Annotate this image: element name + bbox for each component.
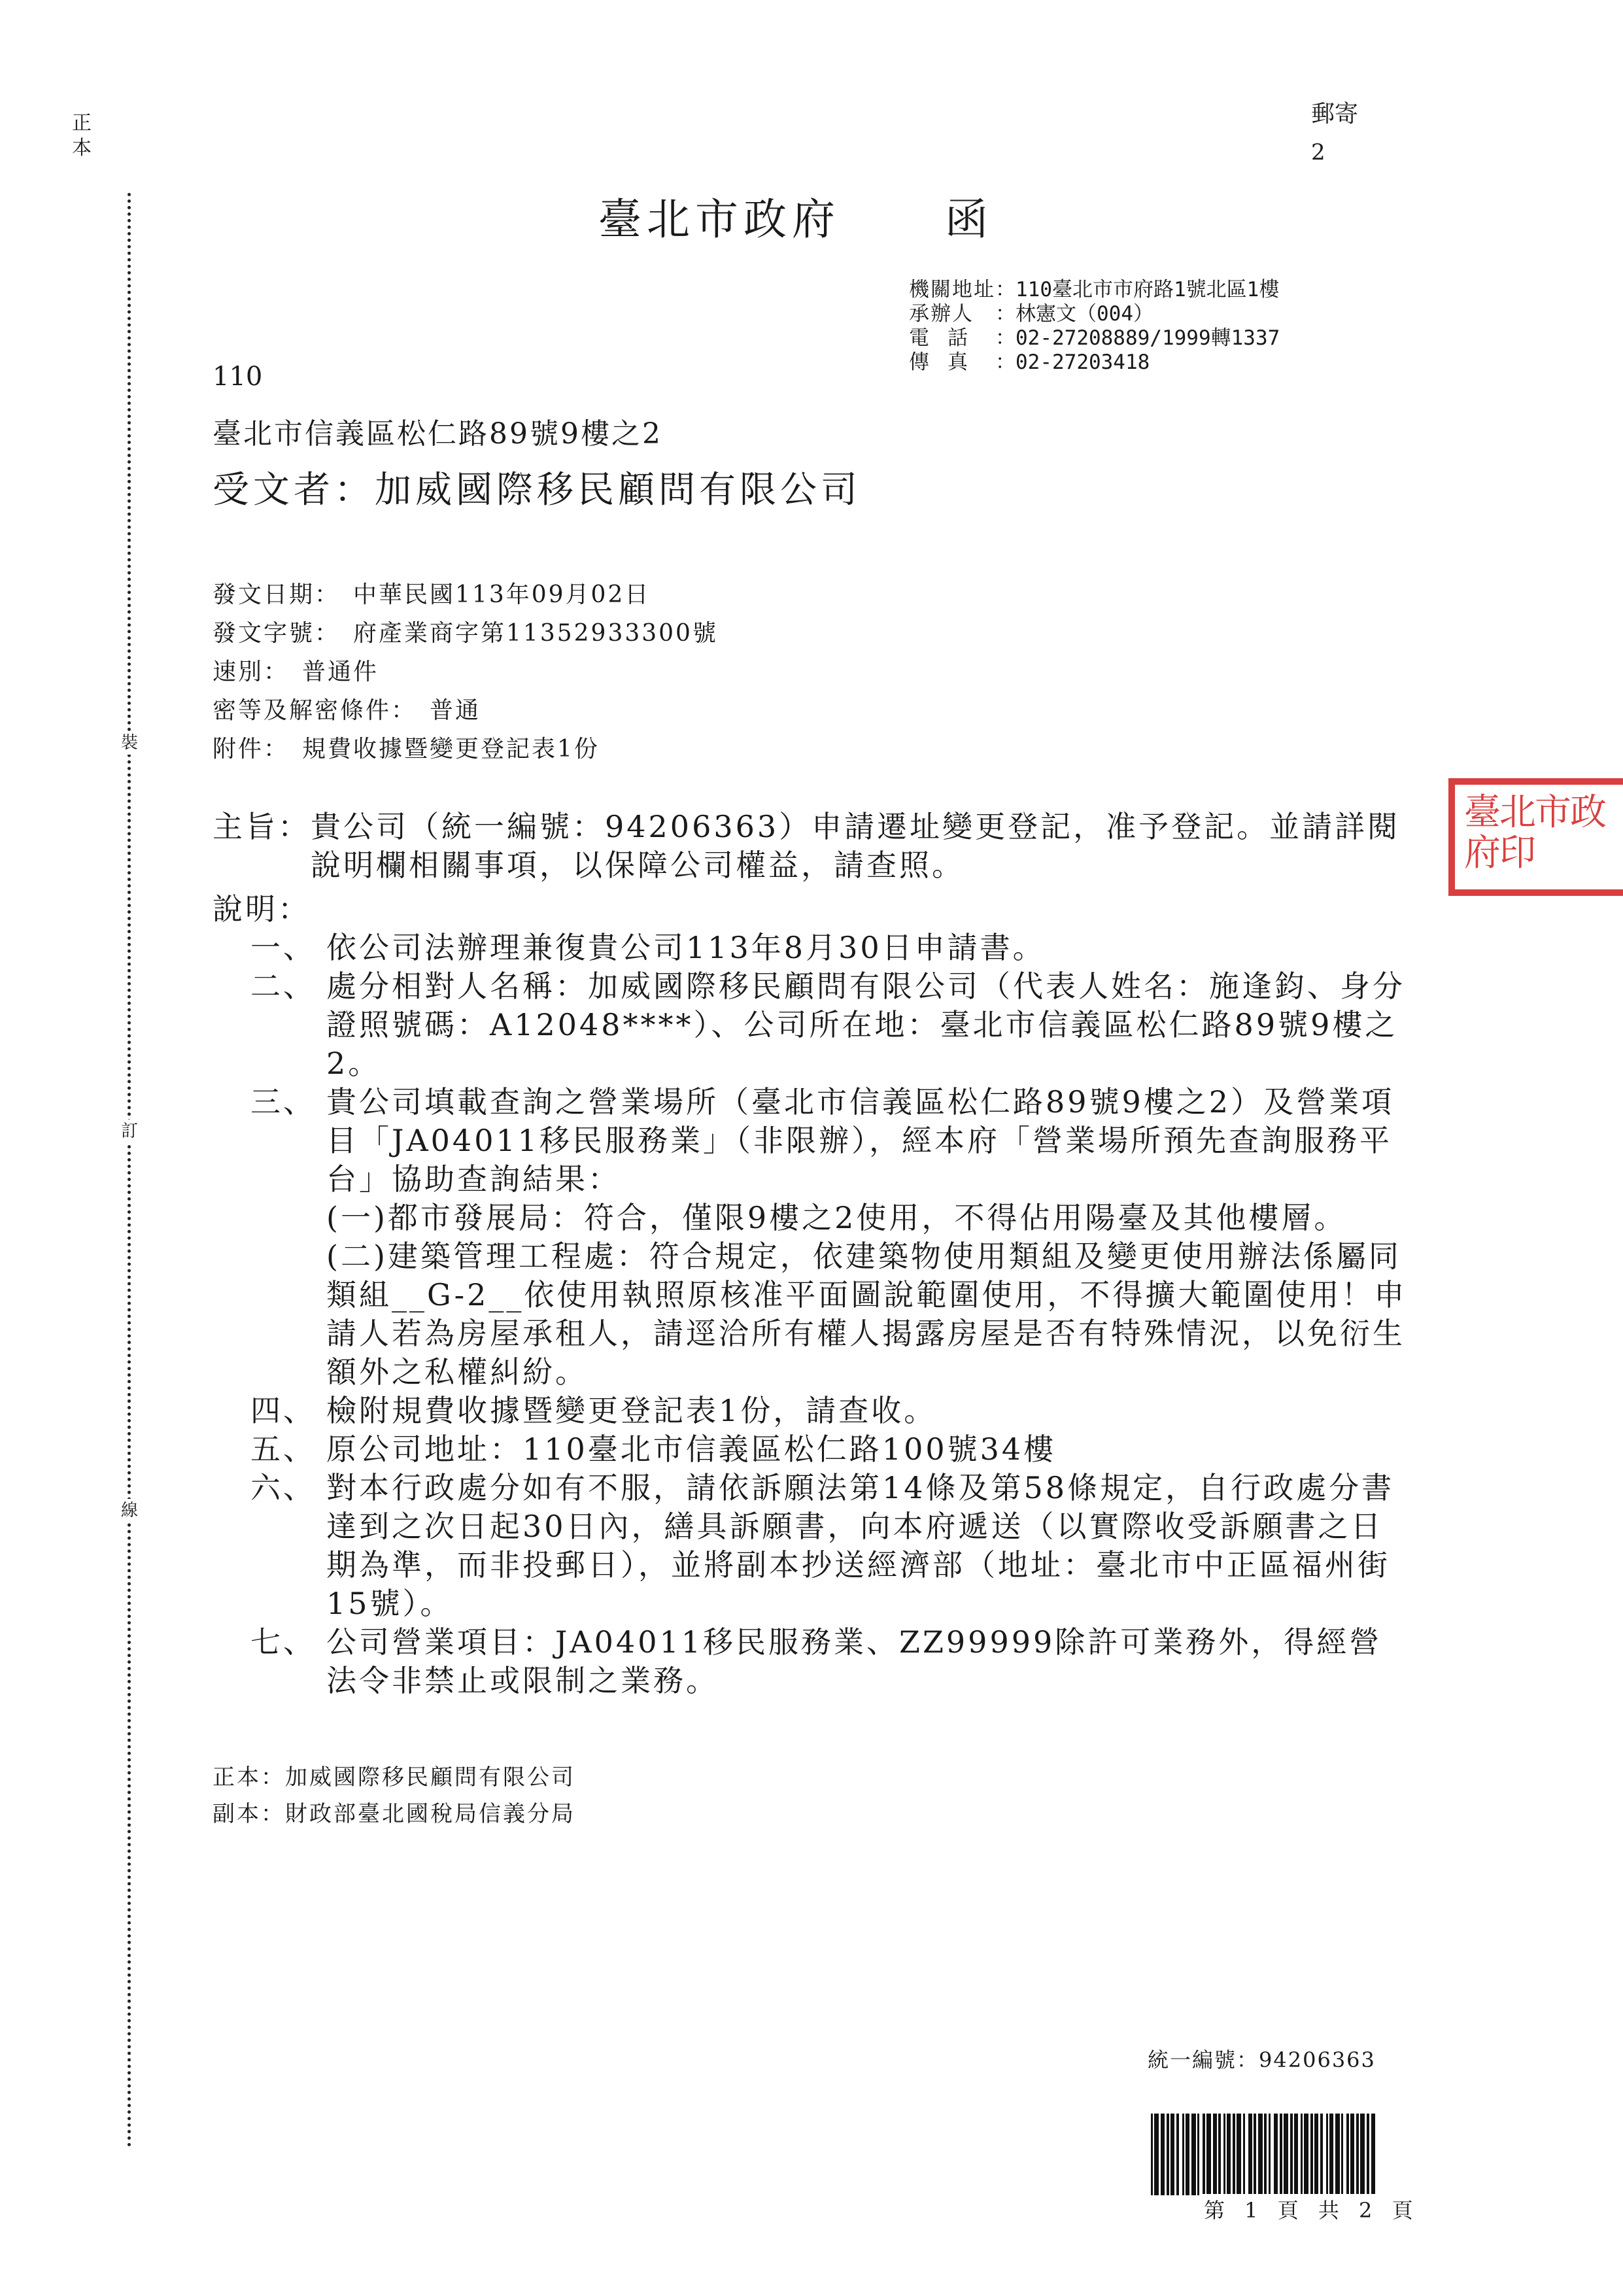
subject: 主旨： 貴公司（統一編號：94206363）申請遷址變更登記，准予登記。並請詳閱…: [213, 808, 1409, 885]
item-number: 三、: [250, 1083, 326, 1392]
item-number: 二、: [250, 967, 326, 1083]
subject-label: 主旨：: [213, 808, 311, 885]
item-text: 依公司法辦理兼復貴公司113年8月30日申請書。: [326, 929, 1409, 967]
phone-number: 02-27208889/1999轉1337: [1016, 326, 1280, 350]
item-number: 七、: [250, 1623, 326, 1700]
original-copy-label: 正本：: [213, 1764, 285, 1791]
mail-type-label: 郵寄: [1311, 101, 1358, 128]
meta-speed: 速別：普通件: [213, 653, 718, 691]
phone-label: 電話: [909, 326, 995, 351]
explanation-item: 一、 依公司法辦理兼復貴公司113年8月30日申請書。: [213, 929, 1409, 967]
item-text: 對本行政處分如有不服，請依訴願法第14條及第58條規定，自行政處分書達到之次日起…: [326, 1469, 1409, 1623]
meta-document-number: 發文字號：府產業商字第11352933300號: [213, 614, 718, 653]
separator: ：: [995, 326, 1016, 350]
binding-dotted-line: [128, 193, 131, 2148]
item-text: 原公司地址：110臺北市信義區松仁路100號34樓: [326, 1430, 1409, 1469]
meta-label: 速別：: [213, 659, 289, 685]
duplicate-copy-label: 副本：: [213, 1801, 285, 1827]
meta-label: 發文字號：: [213, 620, 340, 647]
meta-label: 附件：: [213, 736, 289, 762]
fax-number: 02-27203418: [1016, 351, 1150, 374]
meta-value: 府產業商字第11352933300號: [353, 620, 718, 647]
fax-row: 傳真：02-27203418: [909, 351, 1280, 375]
fax-label: 傳真: [909, 351, 995, 375]
duplicate-copy-recipient: 財政部臺北國稅局信義分局: [285, 1801, 575, 1827]
meta-value: 普通: [430, 697, 481, 724]
phone-row: 電話：02-27208889/1999轉1337: [909, 326, 1280, 351]
explanation-item: 七、 公司營業項目：JA04011移民服務業、ZZ99999除許可業務外，得經營…: [213, 1623, 1409, 1700]
item-text: 公司營業項目：JA04011移民服務業、ZZ99999除許可業務外，得經營法令非…: [326, 1623, 1409, 1700]
binding-mark-ding: 訂: [118, 1120, 141, 1143]
item-subtext: (二)建築管理工程處：符合規定，依建築物使用類組及變更使用辦法係屬同類組__G-…: [326, 1237, 1409, 1392]
item-text: 處分相對人名稱：加威國際移民顧問有限公司（代表人姓名：施逢鈞、身分證照號碼：A1…: [326, 967, 1409, 1083]
document-title: 臺北市政府函: [598, 184, 993, 247]
uid-label: 統一編號：: [1148, 2048, 1259, 2072]
page-count: 第 1 頁 共 2 頁: [1200, 2194, 1424, 2224]
handler-label: 承辦人: [909, 302, 995, 326]
meta-label: 發文日期：: [213, 581, 340, 608]
agency-address: 110臺北市市府路1號北區1樓: [1016, 278, 1279, 301]
item-number: 五、: [250, 1430, 326, 1469]
separator: ：: [995, 302, 1016, 326]
item-text: 檢附規費收據暨變更登記表1份，請查收。: [326, 1392, 1409, 1430]
explanation-item: 五、 原公司地址：110臺北市信義區松仁路100號34樓: [213, 1430, 1409, 1469]
barcode: [1151, 2114, 1541, 2195]
official-seal-stamp: 臺北市政府印: [1448, 778, 1623, 896]
subject-text: 貴公司（統一編號：94206363）申請遷址變更登記，准予登記。並請詳閱說明欄相…: [311, 808, 1409, 885]
separator: ：: [995, 278, 1016, 301]
handler-row: 承辦人：林憲文（004）: [909, 302, 1280, 326]
document-body: 主旨： 貴公司（統一編號：94206363）申請遷址變更登記，准予登記。並請詳閱…: [213, 808, 1409, 1700]
binding-mark-xian: 線: [118, 1499, 141, 1522]
document-meta: 發文日期：中華民國113年09月02日 發文字號：府產業商字第113529333…: [213, 575, 718, 768]
explanation-item: 四、 檢附規費收據暨變更登記表1份，請查收。: [213, 1392, 1409, 1430]
meta-value: 中華民國113年09月02日: [353, 581, 650, 608]
explanation-item: 三、 貴公司填載查詢之營業場所（臺北市信義區松仁路89號9樓之2）及營業項目「J…: [213, 1083, 1409, 1392]
mail-type: 郵寄 2: [1311, 98, 1358, 169]
recipient: 受文者：加威國際移民顧問有限公司: [213, 461, 861, 513]
agency-contact-info: 機關地址：110臺北市市府路1號北區1樓 承辦人：林憲文（004） 電話：02-…: [909, 278, 1280, 375]
explanation-item: 二、 處分相對人名稱：加威國際移民顧問有限公司（代表人姓名：施逢鈞、身分證照號碼…: [213, 967, 1409, 1083]
copy-type-label: 正本: [71, 111, 93, 161]
original-copy-recipient: 加威國際移民顧問有限公司: [285, 1764, 575, 1791]
meta-classification: 密等及解密條件：普通: [213, 691, 718, 730]
agency-name: 臺北市政府: [598, 194, 840, 245]
agency-address-label: 機關地址: [909, 278, 995, 302]
distribution-list: 正本：加威國際移民顧問有限公司 副本：財政部臺北國稅局信義分局: [213, 1759, 575, 1832]
document-type: 函: [945, 194, 993, 245]
item-number: 四、: [250, 1392, 326, 1430]
unified-business-number: 統一編號：94206363: [1148, 2044, 1376, 2074]
meta-attachment: 附件：規費收據暨變更登記表1份: [213, 730, 718, 768]
binding-mark-zhuang: 裝: [118, 731, 141, 755]
item-number: 六、: [250, 1469, 326, 1623]
uid-value: 94206363: [1259, 2048, 1376, 2072]
original-copy-row: 正本：加威國際移民顧問有限公司: [213, 1759, 575, 1796]
meta-value: 普通件: [302, 659, 379, 685]
mail-type-number: 2: [1311, 136, 1358, 169]
item-text: 貴公司填載查詢之營業場所（臺北市信義區松仁路89號9樓之2）及營業項目「JA04…: [326, 1083, 1409, 1199]
meta-value: 規費收據暨變更登記表1份: [302, 736, 600, 762]
meta-issue-date: 發文日期：中華民國113年09月02日: [213, 575, 718, 614]
meta-label: 密等及解密條件：: [213, 697, 417, 724]
agency-address-row: 機關地址：110臺北市市府路1號北區1樓: [909, 278, 1280, 302]
separator: ：: [995, 351, 1016, 374]
explanation-label: 說明：: [213, 890, 1409, 929]
handler-name: 林憲文（004）: [1016, 302, 1153, 326]
item-number: 一、: [250, 929, 326, 967]
duplicate-copy-row: 副本：財政部臺北國稅局信義分局: [213, 1796, 575, 1832]
recipient-address: 臺北市信義區松仁路89號9樓之2: [213, 410, 662, 452]
explanation-item: 六、 對本行政處分如有不服，請依訴願法第14條及第58條規定，自行政處分書達到之…: [213, 1469, 1409, 1623]
recipient-label: 受文者：: [213, 469, 375, 511]
recipient-postcode: 110: [213, 362, 262, 392]
recipient-name: 加威國際移民顧問有限公司: [375, 469, 861, 511]
item-subtext: (一)都市發展局：符合，僅限9樓之2使用，不得佔用陽臺及其他樓層。: [326, 1199, 1409, 1237]
